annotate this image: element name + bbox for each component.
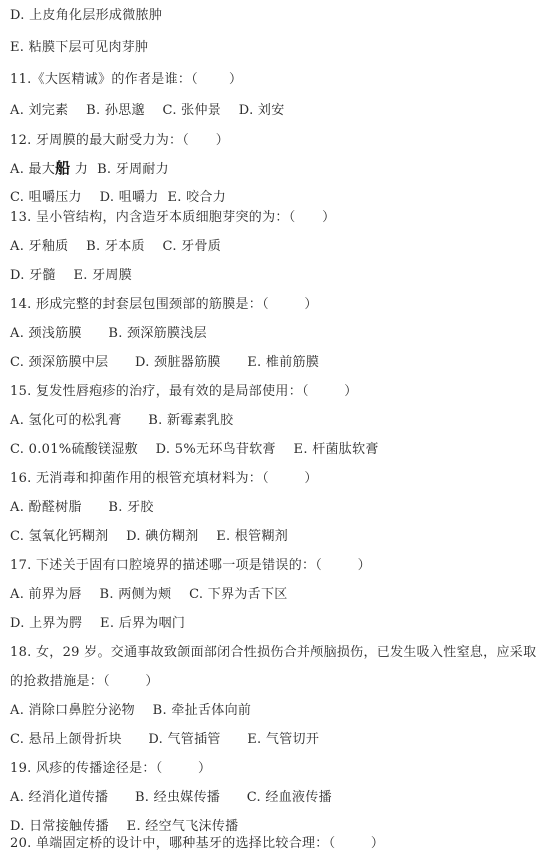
options-11: A. 刘完素 B. 孙思邈 C. 张仲景 D. 刘安 <box>10 103 285 119</box>
options-18-ab: A. 消除口鼻腔分泌物 B. 牵扯舌体向前 <box>10 703 251 719</box>
question-17: 17. 下述关于固有口腔境界的描述哪一项是错误的：（ ） <box>10 558 371 574</box>
question-16: 16. 无消毒和抑菌作用的根管充填材料为：（ ） <box>10 471 318 487</box>
options-12-prefix: A. 最大 <box>10 162 55 177</box>
question-14: 14. 形成完整的封套层包围颈部的筋膜是：（ ） <box>10 297 318 313</box>
options-16-ab: A. 酚醛树脂 B. 牙胶 <box>10 500 154 516</box>
options-13-de: D. 牙髓 E. 牙周膜 <box>10 268 132 284</box>
options-13-abc: A. 牙釉质 B. 牙本质 C. 牙骨质 <box>10 239 221 255</box>
options-12-suffix: 力 B. 牙周耐力 <box>70 162 169 177</box>
options-14-ab: A. 颈浅筋膜 B. 颈深筋膜浅层 <box>10 326 207 342</box>
options-15-ab: A. 氢化可的松乳膏 B. 新霉素乳胶 <box>10 413 233 429</box>
question-13: 13. 呈小管结构，内含造牙本质细胞芽突的为：（ ） <box>10 210 335 226</box>
question-19: 19. 风疹的传播途径是：（ ） <box>10 761 211 777</box>
exam-page: D. 上皮角化层形成微脓肿 E. 粘膜下层可见肉芽肿 11.《大医精诚》的作者是… <box>0 0 560 856</box>
options-19-abc: A. 经消化道传播 B. 经虫媒传播 C. 经血液传播 <box>10 790 332 806</box>
question-12: 12. 牙周膜的最大耐受力为：（ ） <box>10 133 229 149</box>
options-18-cde: C. 悬吊上颌骨折块 D. 气管插管 E. 气管切开 <box>10 732 319 748</box>
option-10d: D. 上皮角化层形成微脓肿 <box>10 8 162 24</box>
question-20: 20. 单端固定桥的设计中，哪种基牙的选择比较合理：（ ） <box>10 836 384 852</box>
question-18-line1: 18. 女，29 岁。交通事故致颌面部闭合性损伤合并颅脑损伤，已发生吸入性窒息，… <box>10 645 536 661</box>
options-19-de: D. 日常接触传播 E. 经空气飞沫传播 <box>10 819 238 835</box>
options-12-cde: C. 咀嚼压力 D. 咀嚼力 E. 咬合力 <box>10 190 226 206</box>
options-14-cde: C. 颈深筋膜中层 D. 颈脏器筋膜 E. 椎前筋膜 <box>10 355 319 371</box>
question-15: 15. 复发性唇疱疹的治疗，最有效的是局部使用：（ ） <box>10 384 358 400</box>
options-12-ab: A. 最大船 力 B. 牙周耐力 <box>10 160 169 178</box>
question-11: 11.《大医精诚》的作者是谁：（ ） <box>10 72 242 88</box>
option-10e: E. 粘膜下层可见肉芽肿 <box>10 40 148 56</box>
options-16-cde: C. 氢氧化钙糊剂 D. 碘仿糊剂 E. 根管糊剂 <box>10 529 288 545</box>
options-17-de: D. 上界为腭 E. 后界为咽门 <box>10 616 185 632</box>
options-15-cde: C. 0.01%硫酸镁湿敷 D. 5%无环鸟苷软膏 E. 杆菌肽软膏 <box>10 442 379 458</box>
options-17-abc: A. 前界为唇 B. 两侧为颊 C. 下界为舌下区 <box>10 587 288 603</box>
misprinted-glyph: 船 <box>55 159 70 177</box>
question-18-line2: 的抢救措施是：（ ） <box>10 674 159 690</box>
